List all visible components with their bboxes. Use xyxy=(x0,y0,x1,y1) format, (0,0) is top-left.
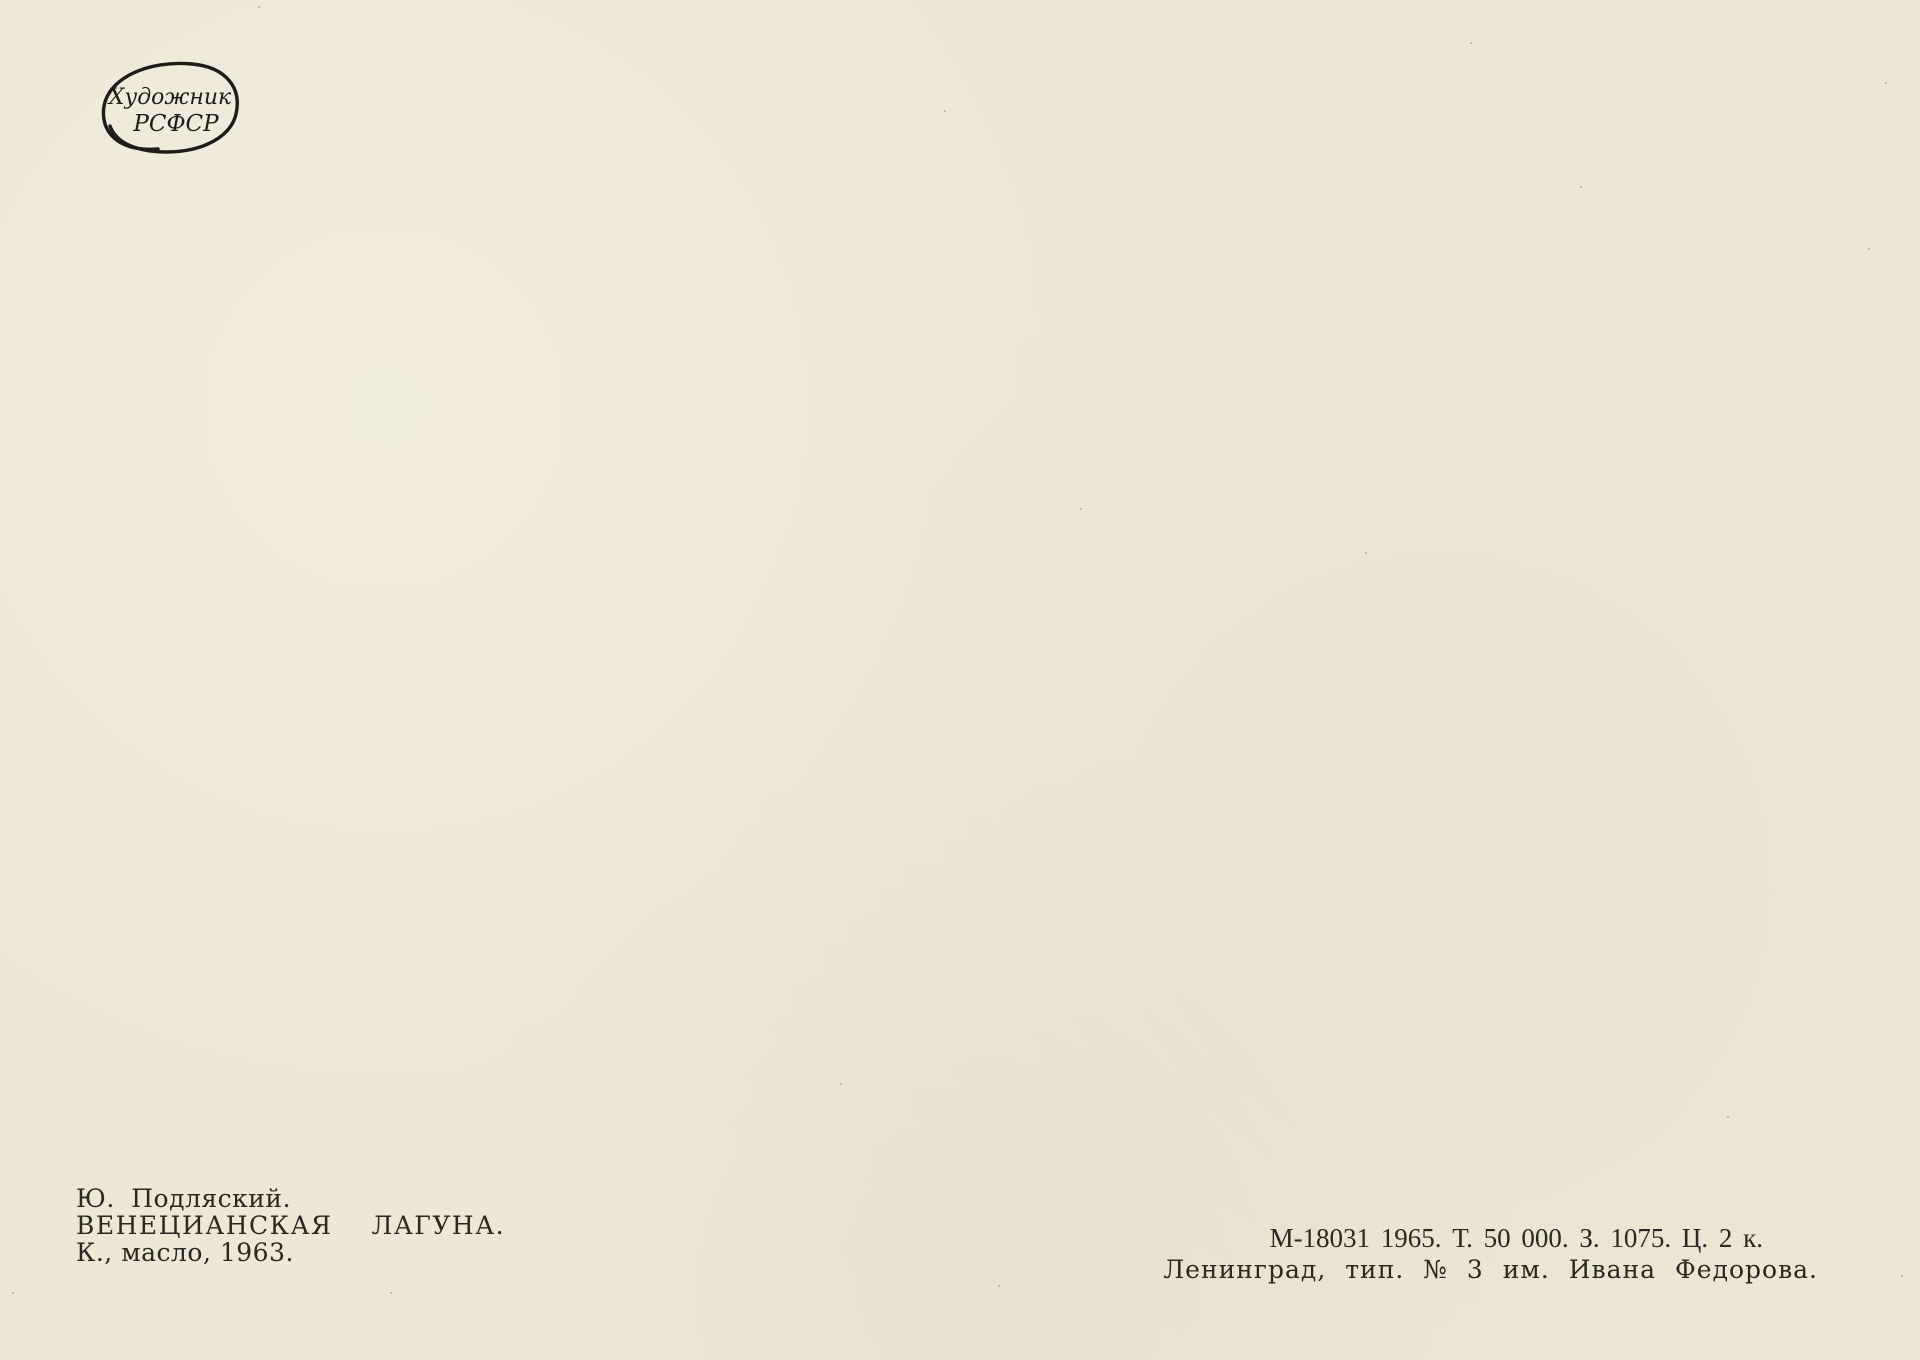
paper-speck xyxy=(1365,552,1367,554)
imprint-block: М-18031 1965. Т. 50 000. З. 1075. Ц. 2 к… xyxy=(1163,1223,1818,1285)
paper-speck xyxy=(1580,186,1582,188)
logo-line-1: Художник xyxy=(107,85,232,110)
paper-speck xyxy=(1901,1275,1903,1277)
imprint-details: М-18031 1965. Т. 50 000. З. 1075. Ц. 2 к… xyxy=(1163,1223,1763,1254)
paper-speck xyxy=(1080,508,1082,510)
artwork-caption: Ю. Подляский. ВЕНЕЦИАНСКАЯ ЛАГУНА. К., м… xyxy=(76,1185,505,1266)
logo-line-2: РСФСР xyxy=(132,111,219,137)
paper-speck xyxy=(390,1292,392,1294)
paper-speck xyxy=(944,110,946,112)
paper-speck xyxy=(1727,1116,1729,1118)
artwork-title: ВЕНЕЦИАНСКАЯ ЛАГУНА. xyxy=(76,1212,505,1239)
artwork-author: Ю. Подляский. xyxy=(76,1185,505,1212)
paper-speck xyxy=(258,6,260,8)
paper-speck xyxy=(840,1083,842,1085)
imprint-printer: Ленинград, тип. № 3 им. Ивана Федорова. xyxy=(1163,1254,1818,1285)
publisher-logo-emblem: Художник РСФСР xyxy=(96,56,244,160)
paper-speck xyxy=(1868,248,1870,250)
paper-speck xyxy=(12,1292,14,1294)
publisher-logo: Художник РСФСР xyxy=(96,56,244,160)
artwork-medium-year: К., масло, 1963. xyxy=(76,1239,505,1266)
paper-speck xyxy=(1470,42,1472,44)
paper-speck xyxy=(998,1285,1000,1287)
paper-speck xyxy=(1885,82,1887,84)
